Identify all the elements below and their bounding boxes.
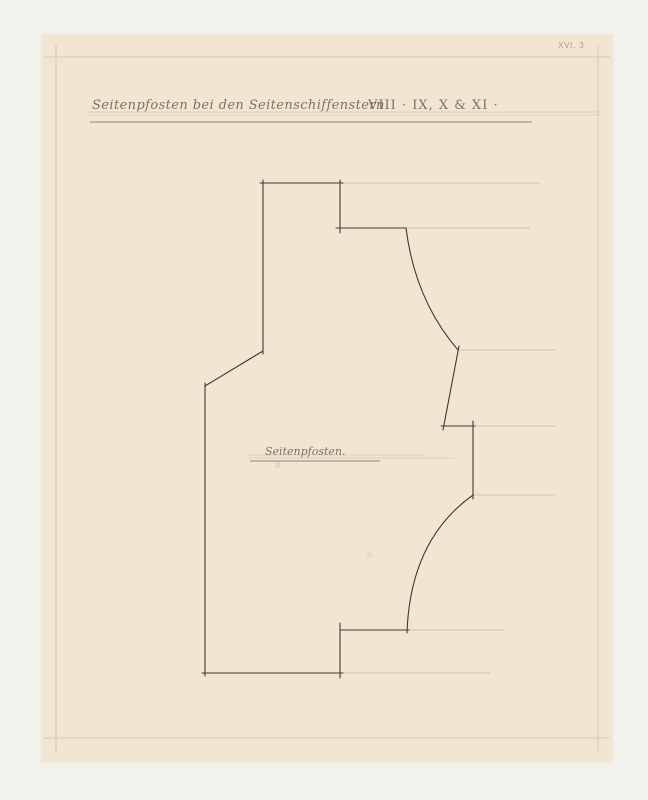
jamb-profile-outline: [202, 180, 475, 678]
drawing-sheet-view: XVI. 3 Seitenpfosten bei den Seitenschif…: [0, 0, 648, 800]
drawing-canvas: [0, 0, 648, 800]
paper-stain: [275, 462, 281, 468]
border-frame: [44, 45, 610, 752]
profile-label: Seitenpfosten.: [265, 445, 345, 458]
drawing-title: Seitenpfosten bei den Seitenschiffenster…: [92, 98, 385, 113]
catalog-number: XVI. 3: [558, 41, 585, 50]
window-numbers: VIII · IX, X & XI ·: [368, 98, 499, 113]
extension-lines: [340, 183, 555, 673]
paper-stain: [366, 552, 373, 559]
